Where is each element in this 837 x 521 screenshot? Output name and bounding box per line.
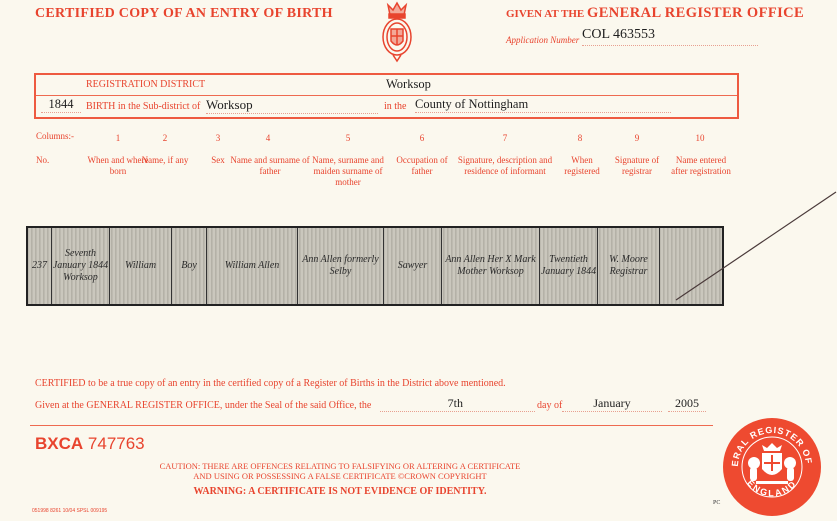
general-register-office-seal-icon: GENERAL REGISTER OFFICE ENGLAND xyxy=(722,417,822,517)
column-title-8: When registered xyxy=(560,155,604,177)
application-number-value: COL 463553 xyxy=(582,27,758,46)
application-number-label: Application Number xyxy=(506,35,579,45)
identity-warning: WARNING: A CERTIFICATE IS NOT EVIDENCE O… xyxy=(150,486,530,497)
column-number-5: 5 xyxy=(328,133,368,143)
cancellation-stroke xyxy=(668,180,837,306)
day-of-label: day of xyxy=(537,400,562,411)
column-number-6: 6 xyxy=(402,133,442,143)
given-at-small: GIVEN AT THE xyxy=(506,8,584,20)
entry-mother: Ann Allen formerly Selby xyxy=(298,228,384,304)
column-number-3: 3 xyxy=(198,133,238,143)
certificate-serial: BXCA 747763 xyxy=(35,434,145,454)
column-title-4: Name and surname of father xyxy=(230,155,310,177)
certificate-title: CERTIFIED COPY OF AN ENTRY OF BIRTH xyxy=(35,6,333,22)
county-value: County of Nottingham xyxy=(415,97,671,113)
given-at-heading: GIVEN AT THE GENERAL REGISTER OFFICE xyxy=(506,5,804,22)
column-number-2: 2 xyxy=(145,133,185,143)
register-entry-row: 237 Seventh January 1844 Worksop William… xyxy=(26,226,724,306)
registration-divider xyxy=(36,95,737,96)
registration-district-value: Worksop xyxy=(386,77,431,92)
caution-line-2: AND USING OR POSSESSING A FALSE CERTIFIC… xyxy=(150,471,530,481)
column-title-9: Signature of registrar xyxy=(612,155,662,177)
column-number-9: 9 xyxy=(617,133,657,143)
caution-line-1: CAUTION: THERE ARE OFFENCES RELATING TO … xyxy=(150,461,530,471)
registration-year: 1844 xyxy=(41,97,81,113)
column-title-10: Name entered after registration xyxy=(670,155,732,177)
columns-label: Columns:- xyxy=(36,131,74,142)
entry-when-registered: Twentieth January 1844 xyxy=(540,228,598,304)
entry-informant: Ann Allen Her X Mark Mother Worksop xyxy=(442,228,540,304)
separator-line xyxy=(30,425,713,426)
pc-mark: PC xyxy=(713,500,720,506)
certification-year: 2005 xyxy=(668,396,706,412)
certification-statement: CERTIFIED to be a true copy of an entry … xyxy=(35,378,506,389)
subdistrict-value: Worksop xyxy=(206,97,378,114)
certification-month: January xyxy=(562,396,662,412)
column-title-2: Name, if any xyxy=(135,155,195,166)
entry-father: William Allen xyxy=(207,228,298,304)
entry-sex: Boy xyxy=(172,228,207,304)
in-the-label: in the xyxy=(384,101,407,112)
column-title-7: Signature, description and residence of … xyxy=(455,155,555,177)
column-number-4: 4 xyxy=(248,133,288,143)
no-label: No. xyxy=(36,155,49,166)
serial-prefix: BXCA xyxy=(35,434,83,453)
column-title-5: Name, surname and maiden surname of moth… xyxy=(310,155,386,188)
certification-day-value: 7th xyxy=(448,396,463,410)
entry-no: 237 xyxy=(28,228,52,304)
birth-subdistrict-label: BIRTH in the Sub-district of xyxy=(86,101,200,112)
royal-crest-icon xyxy=(380,1,414,63)
given-at-statement: Given at the GENERAL REGISTER OFFICE, un… xyxy=(35,400,371,411)
entry-registrar: W. Moore Registrar xyxy=(598,228,660,304)
registration-box: REGISTRATION DISTRICT Worksop 1844 BIRTH… xyxy=(34,73,739,119)
entry-name: William xyxy=(110,228,172,304)
column-number-1: 1 xyxy=(98,133,138,143)
entry-occupation: Sawyer xyxy=(384,228,442,304)
entry-when-where-born: Seventh January 1844 Worksop xyxy=(52,228,110,304)
column-number-8: 8 xyxy=(560,133,600,143)
serial-number: 747763 xyxy=(88,434,145,453)
column-number-10: 10 xyxy=(680,133,720,143)
column-number-7: 7 xyxy=(485,133,525,143)
print-code: 051998 8261 10/04 SPSL 009195 xyxy=(32,508,107,514)
registration-district-label: REGISTRATION DISTRICT xyxy=(86,79,205,90)
column-title-6: Occupation of father xyxy=(396,155,448,177)
certification-day: 7th xyxy=(380,396,535,412)
caution-notice: CAUTION: THERE ARE OFFENCES RELATING TO … xyxy=(150,461,530,481)
general-register-office: GENERAL REGISTER OFFICE xyxy=(587,5,804,21)
